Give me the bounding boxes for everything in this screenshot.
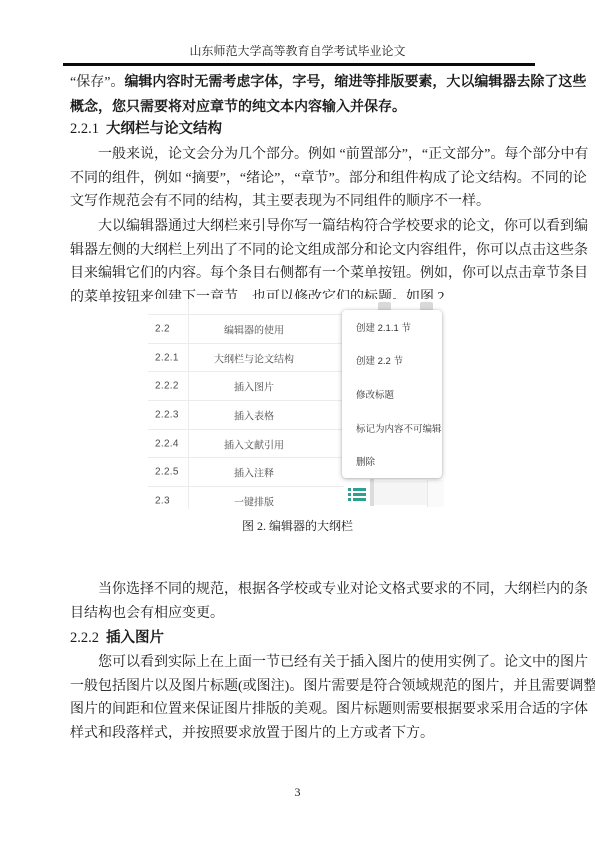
menu-item-delete: 删除 xyxy=(342,444,442,478)
section-number: 2.2.1 xyxy=(70,121,99,137)
row-title: 插入图片 xyxy=(188,379,320,394)
text-line: 样式和段落样式，并按照要求放置于图片的上方或者下方。 xyxy=(70,722,532,746)
row-number: 2.2.4 xyxy=(155,438,179,449)
page-header-title: 山东师范大学高等教育自学考试毕业论文 xyxy=(0,44,595,58)
paragraph-continued: “保存”。编辑内容时无需考虑字体，字号，缩进等排版要素，大以编辑器去除了这些 概… xyxy=(70,70,532,118)
row-title: 插入文献引用 xyxy=(188,436,320,451)
menu-item-mark-readonly: 标记为内容不可编辑 xyxy=(342,411,442,445)
menu-item-rename: 修改标题 xyxy=(342,377,442,411)
row-number: 2.3 xyxy=(155,495,170,506)
outline-row: 2.3一键排版 xyxy=(148,486,344,515)
text-line: 一般包括图片以及图片标题(或图注)。图片需要是符合领域规范的图片，并且需要调整 xyxy=(70,675,532,699)
paragraph-spec-change: 当你选择不同的规范，根据各学校或专业对论文格式要求的不同，大纲栏内的条 目结构也… xyxy=(70,578,532,625)
section-number: 2.2.2 xyxy=(70,630,99,646)
row-number: 2.2.5 xyxy=(155,467,179,478)
outline-row: 2.2编辑器的使用 xyxy=(148,314,344,343)
outline-row: 2.2.5插入注释 xyxy=(148,457,344,486)
figure-caption: 图 2. 编辑器的大纲栏 xyxy=(0,517,595,534)
text-line: 文写作规范会有不同的结构，其主要表现为不同组件的顺序不一样。 xyxy=(70,190,532,214)
header-rule xyxy=(63,63,535,66)
row-title: 一键排版 xyxy=(188,493,320,508)
page-number: 3 xyxy=(0,785,595,800)
outline-row: 2.2.2插入图片 xyxy=(148,371,344,400)
row-title: 插入表格 xyxy=(188,407,320,422)
context-menu: 创建 2.1.1 节 创建 2.2 节 修改标题 标记为内容不可编辑 删除 xyxy=(342,310,442,478)
panel-background xyxy=(374,481,427,505)
text-line: 辑器左侧的大纲栏上列出了不同的论文组成部分和论文内容组件，你可以点击这些条 xyxy=(70,239,532,263)
paragraph-outline-intro: 一般来说，论文会分为几个部分。例如 “前置部分”，“正文部分”。每个部分中有 不… xyxy=(70,143,532,214)
panel-background xyxy=(427,480,444,507)
outline-row: 2.2.3插入表格 xyxy=(148,400,344,429)
bold-run: 概念，您只需要将对应章节的纯文本内容输入并保存。 xyxy=(70,95,532,119)
bold-run: 编辑内容时无需考虑字体，字号，缩进等排版要素，大以编辑器去除了这些 xyxy=(124,73,586,89)
row-title: 插入注释 xyxy=(188,465,320,480)
text-line: 目来编辑它们的内容。每个条目右侧都有一个菜单按钮。例如，你可以点击章节条目 xyxy=(70,262,532,286)
paragraph-insert-image: 您可以看到实际上在上面一节已经有关于插入图片的使用实例了。论文中的图片 一般包括… xyxy=(70,651,532,745)
text-line: 一般来说，论文会分为几个部分。例如 “前置部分”，“正文部分”。每个部分中有 xyxy=(70,143,532,167)
row-title: 大纲栏与论文结构 xyxy=(188,350,320,365)
text-line: 不同的组件，例如 “摘要”，“绪论”，“章节”。部分和组件构成了论文结构。不同的… xyxy=(70,167,532,191)
text-line: 当你选择不同的规范，根据各学校或专业对论文格式要求的不同，大纲栏内的条 xyxy=(70,578,532,602)
row-number: 2.2.1 xyxy=(155,352,179,363)
section-heading-2-2-1: 2.2.1大纲栏与论文结构 xyxy=(70,118,532,142)
menu-item-create-211: 创建 2.1.1 节 xyxy=(342,310,442,344)
quoted-save-text: “保存”。 xyxy=(70,75,124,90)
text-line: 图片的间距和位置来保证图片排版的美观。图片标题则需要根据要求采用合适的字体 xyxy=(70,698,532,722)
row-number: 2.2 xyxy=(155,323,170,334)
text-line: “保存”。编辑内容时无需考虑字体，字号，缩进等排版要素，大以编辑器去除了这些 xyxy=(70,70,532,95)
menu-item-create-22: 创建 2.2 节 xyxy=(342,344,442,378)
row-title: 编辑器的使用 xyxy=(188,321,320,336)
paragraph-outline-panel: 大以编辑器通过大纲栏来引导你写一篇结构符合学校要求的论文，你可以看到编 辑器左侧… xyxy=(70,215,532,309)
figure-outline-screenshot: 2.2编辑器的使用 2.2.1大纲栏与论文结构 2.2.2插入图片 2.2.3插… xyxy=(148,299,458,512)
text-line: 您可以看到实际上在上面一节已经有关于插入图片的使用实例了。论文中的图片 xyxy=(70,651,532,675)
row-number: 2.2.2 xyxy=(155,381,179,392)
text-line: 目结构也会有相应变更。 xyxy=(70,602,532,626)
section-heading-2-2-2: 2.2.2插入图片 xyxy=(70,627,532,651)
outline-row: 2.2.1大纲栏与论文结构 xyxy=(148,343,344,372)
row-number: 2.2.3 xyxy=(155,409,179,420)
list-menu-icon xyxy=(348,488,366,501)
section-title: 插入图片 xyxy=(106,630,164,646)
document-page: 山东师范大学高等教育自学考试毕业论文 “保存”。编辑内容时无需考虑字体，字号，缩… xyxy=(0,0,595,842)
outline-list: 2.2编辑器的使用 2.2.1大纲栏与论文结构 2.2.2插入图片 2.2.3插… xyxy=(148,314,344,515)
text-line: 大以编辑器通过大纲栏来引导你写一篇结构符合学校要求的论文，你可以看到编 xyxy=(70,215,532,239)
outline-row: 2.2.4插入文献引用 xyxy=(148,429,344,458)
section-title: 大纲栏与论文结构 xyxy=(106,121,222,137)
